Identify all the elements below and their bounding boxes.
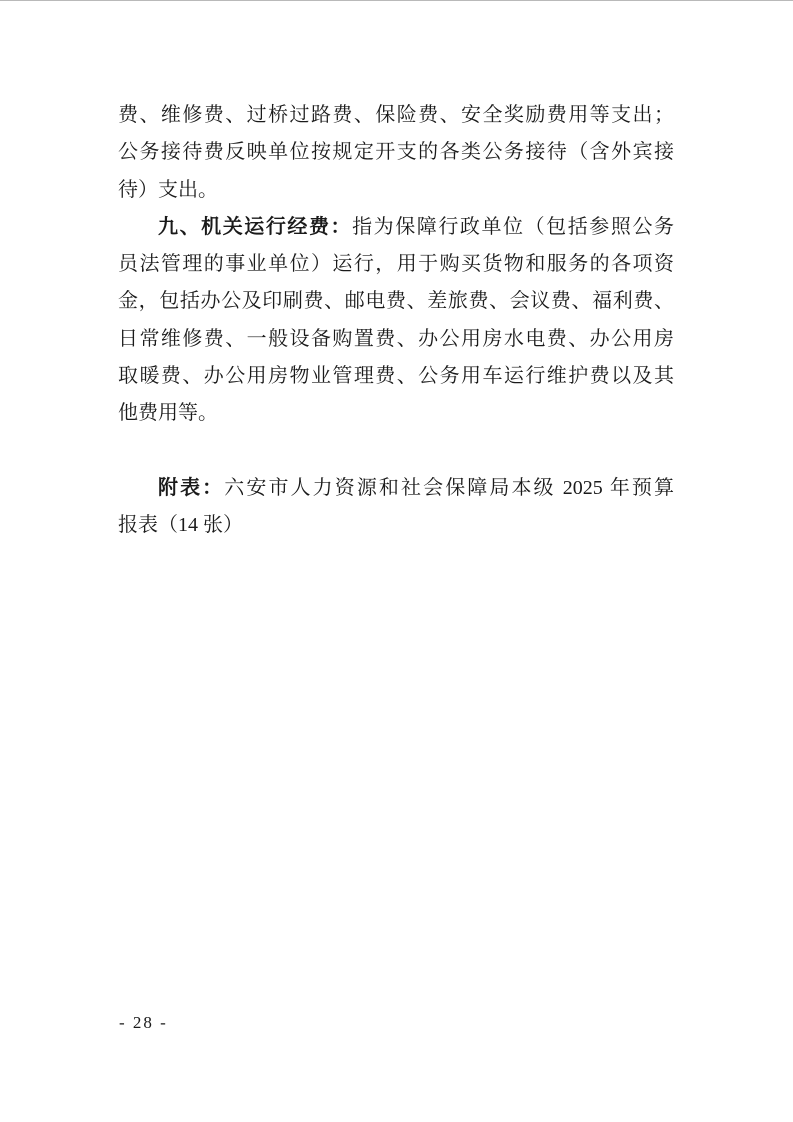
line-text: 费、维修费、过桥过路费、保险费、安全奖励费用等支出； bbox=[118, 104, 674, 126]
line-text bbox=[118, 440, 123, 462]
document-body: 费、维修费、过桥过路费、保险费、安全奖励费用等支出；公务接待费反映单位按规定开支… bbox=[118, 97, 674, 545]
line-text: 待）支出。 bbox=[118, 179, 218, 201]
line-text: 金，包括办公及印刷费、邮电费、差旅费、会议费、福利费、 bbox=[118, 290, 674, 312]
line-text: 公务接待费反映单位按规定开支的各类公务接待（含外宾接 bbox=[118, 141, 674, 163]
text-line: 日常维修费、一般设备购置费、办公用房水电费、办公用房 bbox=[118, 321, 674, 358]
text-line: 取暖费、办公用房物业管理费、公务用车运行维护费以及其 bbox=[118, 358, 674, 395]
section-heading: 九、机关运行经费： bbox=[158, 216, 352, 238]
text-line: 他费用等。 bbox=[118, 395, 674, 432]
text-line: 员法管理的事业单位）运行，用于购买货物和服务的各项资 bbox=[118, 246, 674, 283]
line-text: 取暖费、办公用房物业管理费、公务用车运行维护费以及其 bbox=[118, 365, 674, 387]
line-text: 日常维修费、一般设备购置费、办公用房水电费、办公用房 bbox=[118, 328, 674, 350]
page-number: - 28 - bbox=[119, 1013, 168, 1033]
text-line: 金，包括办公及印刷费、邮电费、差旅费、会议费、福利费、 bbox=[118, 283, 674, 320]
document-page: 费、维修费、过桥过路费、保险费、安全奖励费用等支出；公务接待费反映单位按规定开支… bbox=[0, 0, 793, 1122]
page-top-edge-line bbox=[0, 0, 793, 1]
blank-line bbox=[118, 433, 674, 470]
text-line: 费、维修费、过桥过路费、保险费、安全奖励费用等支出； bbox=[118, 97, 674, 134]
text-line: 九、机关运行经费：指为保障行政单位（包括参照公务 bbox=[118, 209, 674, 246]
line-text: 报表（14 张） bbox=[118, 514, 243, 536]
text-line: 待）支出。 bbox=[118, 172, 674, 209]
attachment-heading: 附表： bbox=[158, 477, 224, 499]
text-line: 公务接待费反映单位按规定开支的各类公务接待（含外宾接 bbox=[118, 134, 674, 171]
line-text: 六安市人力资源和社会保障局本级 2025 年预算 bbox=[224, 477, 674, 499]
text-line: 报表（14 张） bbox=[118, 507, 674, 544]
line-text: 指为保障行政单位（包括参照公务 bbox=[352, 216, 674, 238]
text-line: 附表：六安市人力资源和社会保障局本级 2025 年预算 bbox=[118, 470, 674, 507]
line-text: 他费用等。 bbox=[118, 402, 218, 424]
line-text: 员法管理的事业单位）运行，用于购买货物和服务的各项资 bbox=[118, 253, 674, 275]
